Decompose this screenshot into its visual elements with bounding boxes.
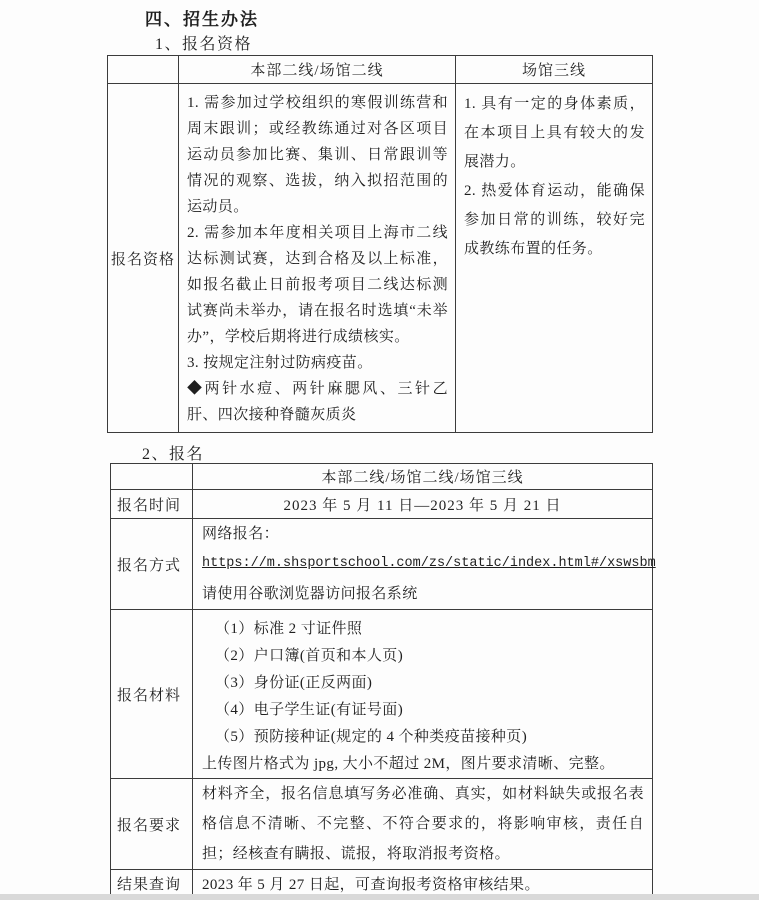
registration-browser-note: 请使用谷歌浏览器访问报名系统 [202,579,652,609]
qualification-header-empty-cell [108,56,179,84]
qualification-right-cell: 1. 具有一定的身体素质，在本项目上具有较大的发展潜力。 2. 热爱体育运动，能… [456,84,653,433]
registration-url-link[interactable]: https://m.shsportschool.com/zs/static/in… [202,549,652,579]
qualification-main-cell: 1. 需参加过学校组织的寒假训练营和周末跟训；或经教练通过对各区项目运动员参加比… [179,84,456,433]
registration-materials-row: 报名材料 （1）标准 2 寸证件照 （2）户口簿(首页和本人页) （3）身份证(… [111,610,653,779]
qualification-main-paragraph: 3. 按规定注射过防病疫苗。 [187,350,448,376]
qualification-header-main-cell: 本部二线/场馆二线 [179,56,456,84]
registration-result-row: 结果查询 2023 年 5 月 27 日起，可查询报考资格审核结果。 [111,870,653,897]
qualification-table-header-row: 本部二线/场馆二线 场馆三线 [108,56,653,84]
material-item: （5）预防接种证(规定的 4 个种类疫苗接种页) [202,724,652,751]
qualification-header-right-cell: 场馆三线 [456,56,653,84]
registration-time-row: 报名时间 2023 年 5 月 11 日—2023 年 5 月 21 日 [111,490,653,519]
registration-method-cell: 网络报名： https://m.shsportschool.com/zs/sta… [193,519,653,610]
registration-header-empty-cell [111,464,193,490]
registration-method-intro: 网络报名： [202,519,652,549]
registration-materials-label: 报名材料 [111,610,193,779]
qualification-main-paragraph: 1. 需参加过学校组织的寒假训练营和周末跟训；或经教练通过对各区项目运动员参加比… [187,90,448,220]
registration-requirements-row: 报名要求 材料齐全，报名信息填写务必准确、真实，如材料缺失或报名表格信息不清晰、… [111,779,653,870]
registration-header-row: 本部二线/场馆二线/场馆三线 [111,464,653,490]
scan-bottom-edge [0,894,759,900]
material-item: （4）电子学生证(有证号面) [202,697,652,724]
qualification-row-label: 报名资格 [108,84,179,433]
registration-method-label: 报名方式 [111,519,193,610]
registration-time-value: 2023 年 5 月 11 日—2023 年 5 月 21 日 [193,490,653,519]
qualification-table-body-row: 报名资格 1. 需参加过学校组织的寒假训练营和周末跟训；或经教练通过对各区项目运… [108,84,653,433]
qualification-main-paragraph: 2. 需参加本年度相关项目上海市二线达标测试赛，达到合格及以上标准，如报名截止日… [187,220,448,350]
registration-table: 本部二线/场馆二线/场馆三线 报名时间 2023 年 5 月 11 日—2023… [110,463,653,897]
registration-time-label: 报名时间 [111,490,193,519]
material-item: （1）标准 2 寸证件照 [202,616,652,643]
subheading-registration: 2、报名 [142,441,204,464]
subheading-qualification: 1、报名资格 [155,31,252,54]
registration-result-value: 2023 年 5 月 27 日起，可查询报考资格审核结果。 [193,870,653,897]
qualification-right-paragraph: 1. 具有一定的身体素质，在本项目上具有较大的发展潜力。 [464,90,645,177]
qualification-table: 本部二线/场馆二线 场馆三线 报名资格 1. 需参加过学校组织的寒假训练营和周末… [107,55,653,433]
registration-header-cell: 本部二线/场馆二线/场馆三线 [193,464,653,490]
material-upload-note: 上传图片格式为 jpg, 大小不超过 2M，图片要求清晰、完整。 [202,751,652,778]
registration-requirements-text: 材料齐全，报名信息填写务必准确、真实，如材料缺失或报名表格信息不清晰、不完整、不… [193,779,653,870]
registration-materials-cell: （1）标准 2 寸证件照 （2）户口簿(首页和本人页) （3）身份证(正反两面)… [193,610,653,779]
material-item: （3）身份证(正反两面) [202,670,652,697]
material-item: （2）户口簿(首页和本人页) [202,643,652,670]
registration-method-row: 报名方式 网络报名： https://m.shsportschool.com/z… [111,519,653,610]
scanned-document-page: 四、招生办法 1、报名资格 本部二线/场馆二线 场馆三线 报名资格 1. 需参加… [0,0,759,900]
registration-requirements-label: 报名要求 [111,779,193,870]
registration-result-label: 结果查询 [111,870,193,897]
qualification-vaccine-note: ◆两针水痘、两针麻腮风、三针乙肝、四次接种脊髓灰质炎 [187,376,448,428]
section-heading: 四、招生办法 [145,5,259,30]
qualification-right-paragraph: 2. 热爱体育运动，能确保参加日常的训练，较好完成教练布置的任务。 [464,177,645,264]
